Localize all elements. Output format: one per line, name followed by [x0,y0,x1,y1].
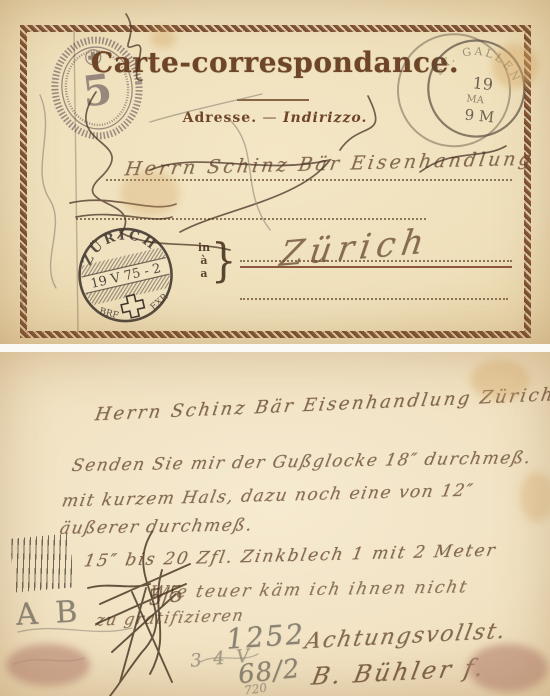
ink-crossout-scribbles [0,352,550,696]
fold-line [74,28,78,332]
ink-scribbles-overlay [0,0,550,344]
postcard-back-scan: Herrn Schinz Bär Eisenhandlung Zürich! S… [0,352,550,696]
postcard-front-scan: 5 Carte-correspondance. Adresse. — Indir… [0,0,550,344]
